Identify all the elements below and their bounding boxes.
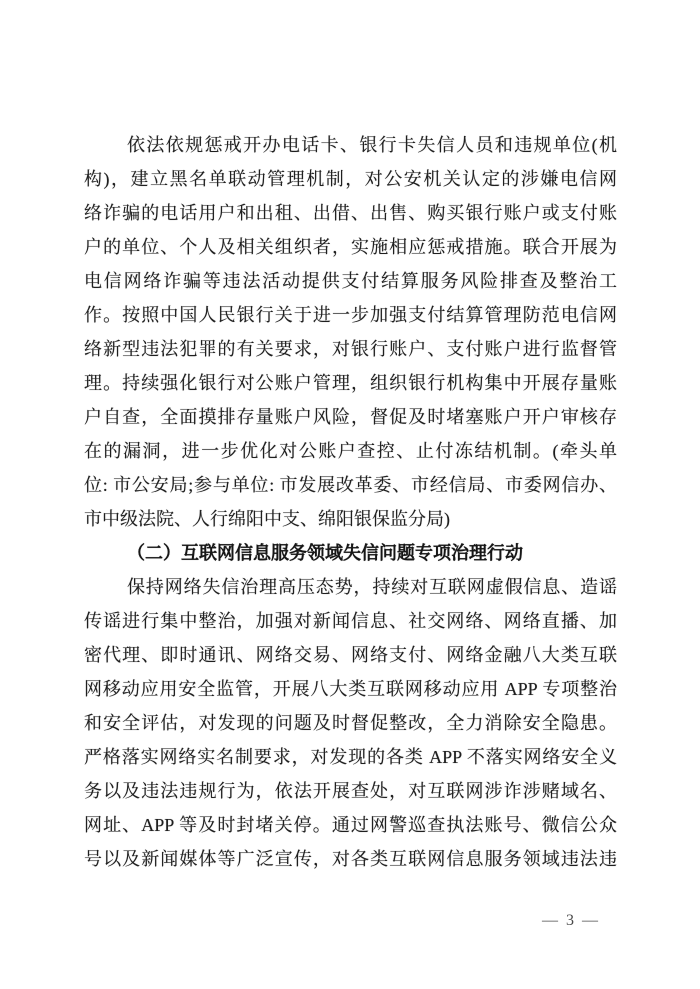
text-line: 电信网络诈骗等违法活动提供支付结算服务风险排查及整治工	[84, 264, 617, 298]
text-line: 务以及违法违规行为，依法开展查处，对互联网涉诈涉赌域名、	[84, 774, 617, 808]
text-line: 依法依规惩戒开办电话卡、银行卡失信人员和违规单位(机	[84, 128, 617, 162]
text-line: 传谣进行集中整治，加强对新闻信息、社交网络、网络直播、加	[84, 604, 617, 638]
text-line: 号以及新闻媒体等广泛宣传，对各类互联网信息服务领域违法违	[84, 842, 617, 876]
text-line: 络新型违法犯罪的有关要求，对银行账户、支付账户进行监督管	[84, 332, 617, 366]
text-line: 密代理、即时通讯、网络交易、网络支付、网络金融八大类互联	[84, 638, 617, 672]
text-line: 网址、APP 等及时封堵关停。通过网警巡查执法账号、微信公众	[84, 808, 617, 842]
scanned-document-page: 依法依规惩戒开办电话卡、银行卡失信人员和违规单位(机 构)，建立黑名单联动管理机…	[0, 0, 700, 989]
text-line: 保持网络失信治理高压态势，持续对互联网虚假信息、造谣	[84, 570, 617, 604]
text-line: 构)，建立黑名单联动管理机制，对公安机关认定的涉嫌电信网	[84, 162, 617, 196]
text-line: 位: 市公安局;参与单位: 市发展改革委、市经信局、市委网信办、	[84, 468, 617, 502]
text-line: 在的漏洞，进一步优化对公账户查控、止付冻结机制。(牵头单	[84, 434, 617, 468]
text-line: 网移动应用安全监管，开展八大类互联网移动应用 APP 专项整治	[84, 672, 617, 706]
text-line: 户的单位、个人及相关组织者，实施相应惩戒措施。联合开展为	[84, 230, 617, 264]
text-line: 市中级法院、人行绵阳中支、绵阳银保监分局)	[84, 502, 617, 536]
document-body: 依法依规惩戒开办电话卡、银行卡失信人员和违规单位(机 构)，建立黑名单联动管理机…	[84, 128, 617, 876]
text-line: 和安全评估，对发现的问题及时督促整改，全力消除安全隐患。	[84, 706, 617, 740]
text-line: 理。持续强化银行对公账户管理，组织银行机构集中开展存量账	[84, 366, 617, 400]
text-line: 严格落实网络实名制要求，对发现的各类 APP 不落实网络安全义	[84, 740, 617, 774]
section-heading: （二）互联网信息服务领域失信问题专项治理行动	[84, 536, 617, 570]
text-line: 户自查，全面摸排存量账户风险，督促及时堵塞账户开户审核存	[84, 400, 617, 434]
page-number: — 3 —	[536, 912, 606, 930]
text-line: 作。按照中国人民银行关于进一步加强支付结算管理防范电信网	[84, 298, 617, 332]
text-line: 络诈骗的电话用户和出租、出借、出售、购买银行账户或支付账	[84, 196, 617, 230]
